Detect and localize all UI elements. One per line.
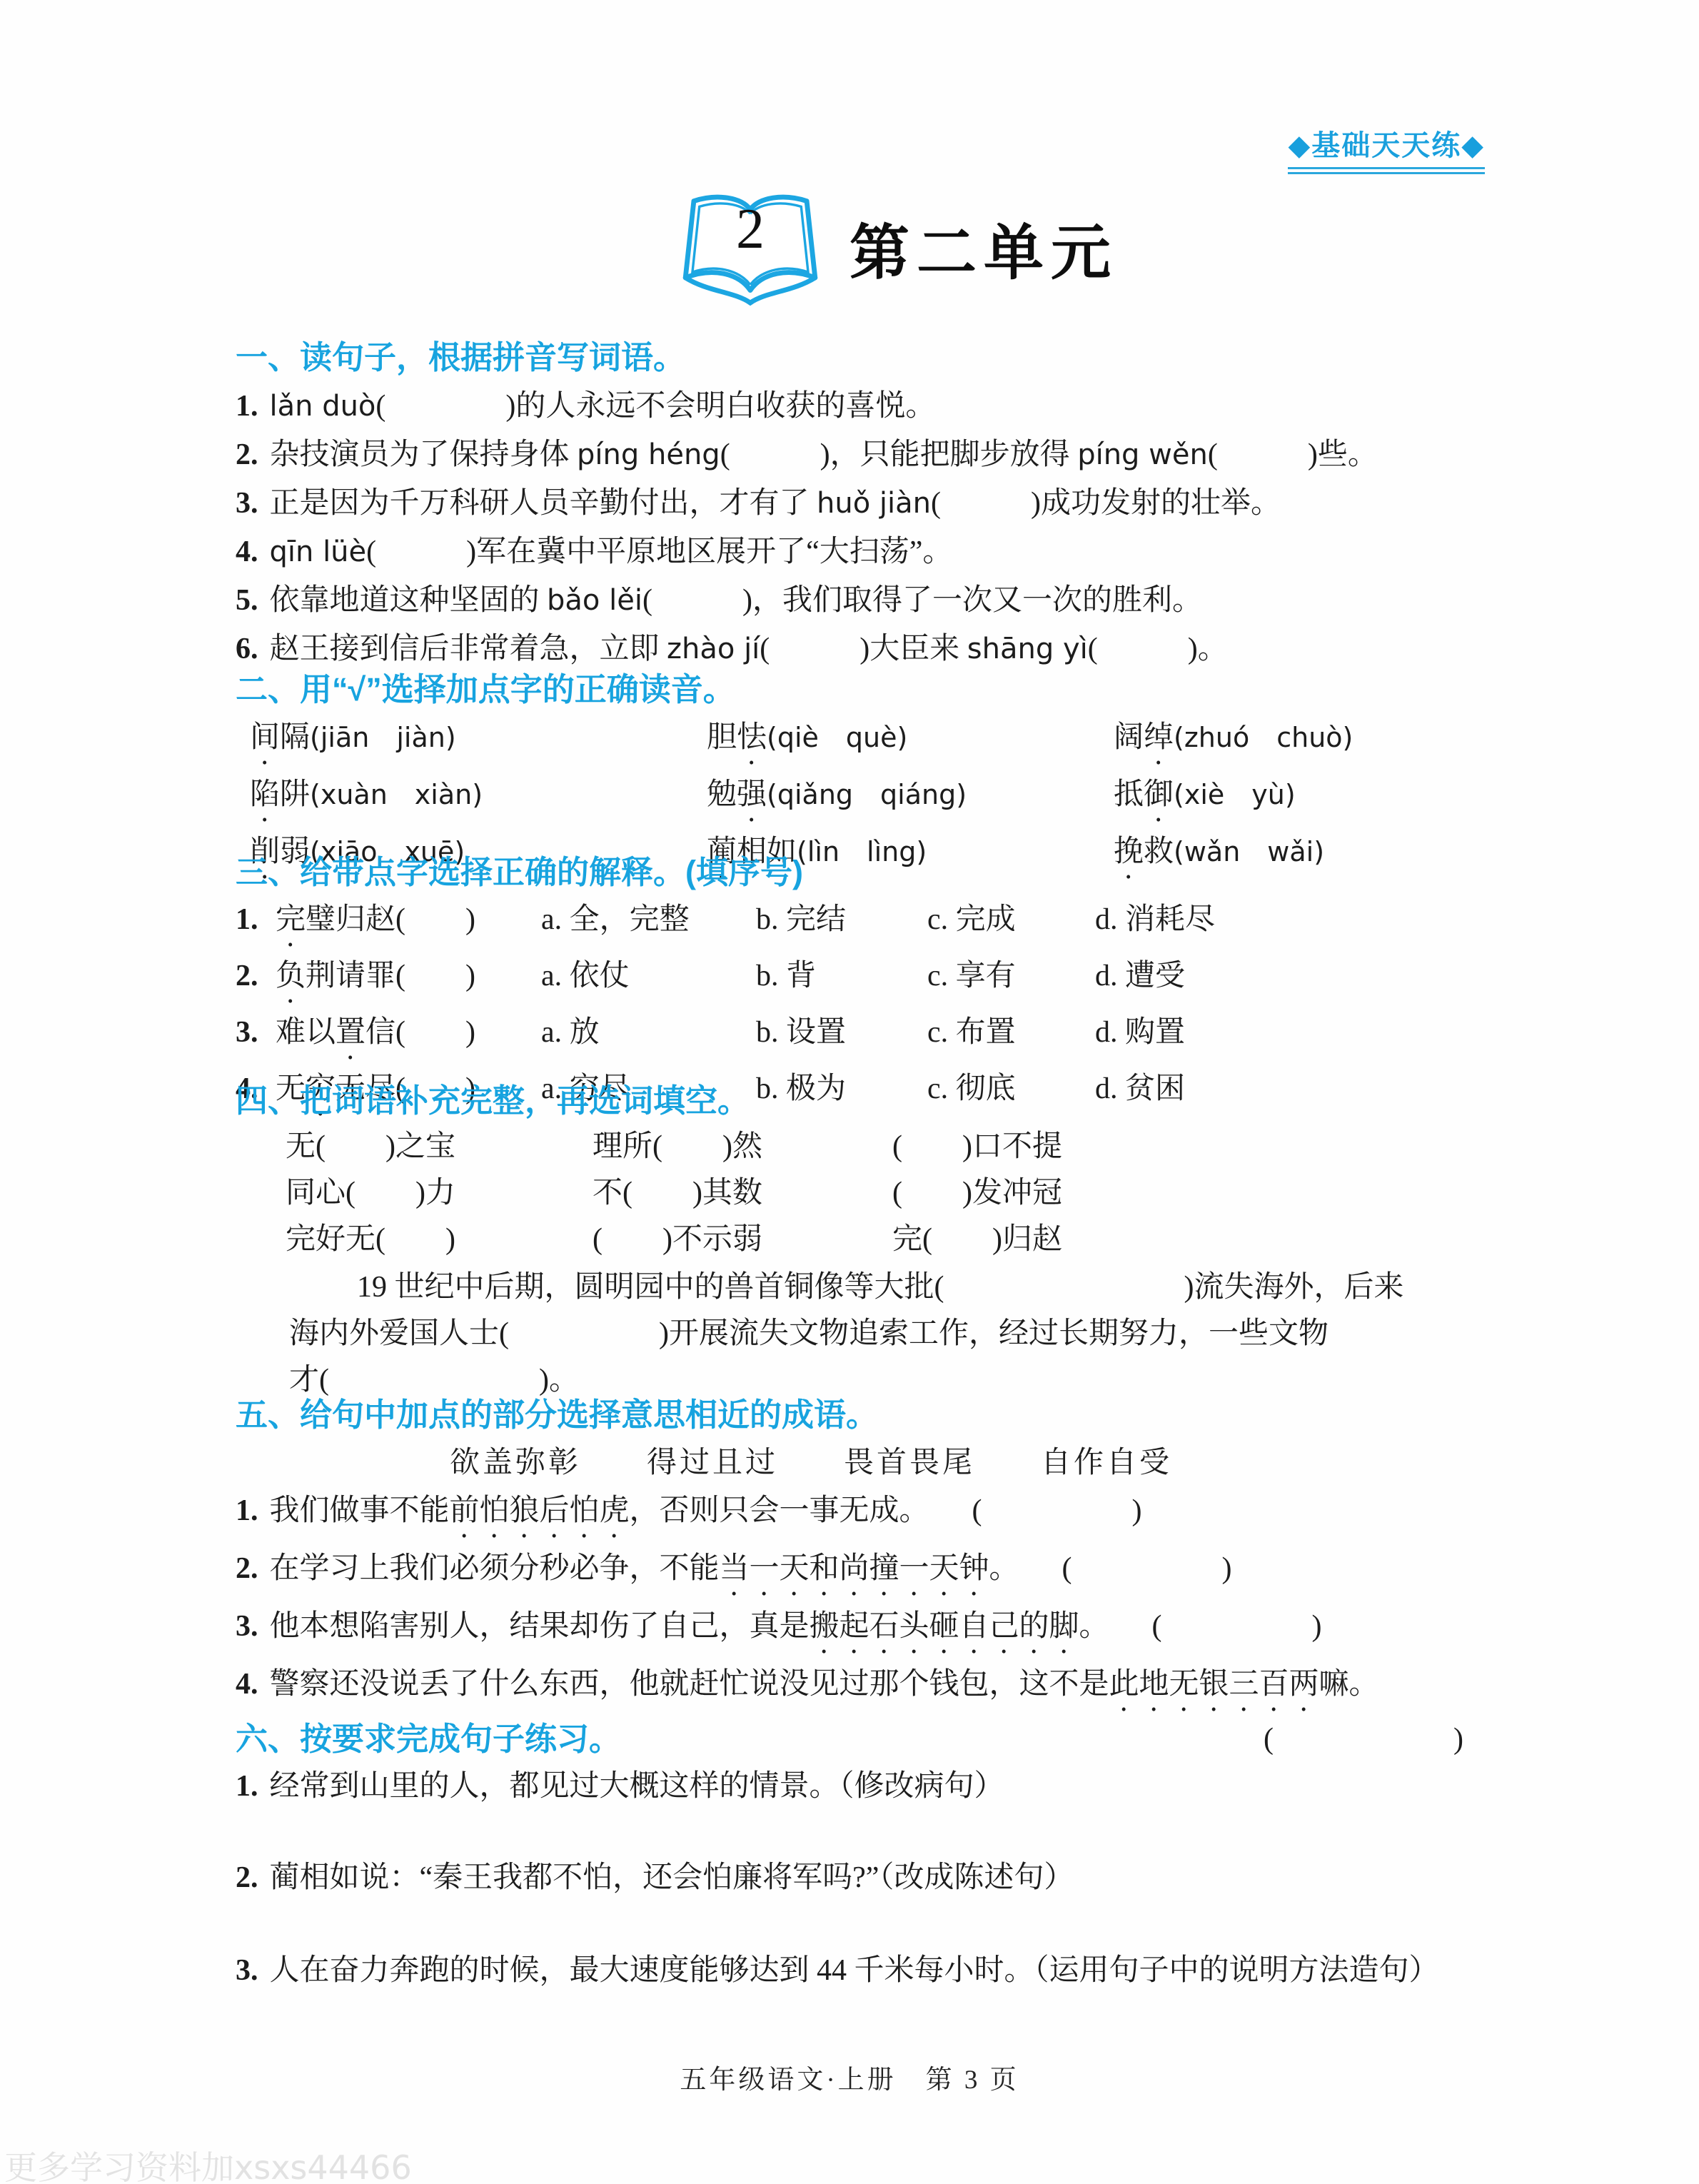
idiom-with-blank: 难以置信( ) — [276, 1010, 541, 1066]
s1-item-2: 2.杂技演员为了保持身体 píng héng( )，只能把脚步放得 píng w… — [236, 431, 1506, 479]
s4-row-3: 完好无( ) ( )不示弱 完( )归赵 — [286, 1217, 1506, 1263]
s1-item-3: 3.正是因为千万科研人员辛勤付出，才有了 huǒ jiàn( )成功发射的壮举。 — [236, 479, 1506, 528]
section-6-heading: 六、按要求完成句子练习。 — [236, 1721, 1506, 1758]
option-c: c. 完成 — [927, 897, 1095, 953]
section-1-heading: 一、读句子，根据拼音写词语。 — [236, 339, 1506, 376]
s5-item-4: 4.警察还没说丢了什么东西，他就赶忙说没见过那个钱包，这不是此地无银三百两嘛。 — [236, 1660, 1506, 1718]
dotted-char: 绰 — [1144, 721, 1174, 754]
item-number: 5. — [236, 584, 258, 617]
s5-item-2: 2.在学习上我们必须分秒必争，不能当一天和尚撞一天钟。( ) — [236, 1544, 1506, 1602]
answer-blank: ( ) — [642, 584, 752, 617]
text-run: 我们做事不能 — [270, 1494, 450, 1527]
option-a: a. 全，完整 — [541, 897, 756, 953]
pinyin-options: (qiè què) — [767, 722, 907, 753]
paragraph-line: 19 世纪中后期，圆明园中的兽首铜像等大批( )流失海外，后来 — [289, 1264, 1506, 1311]
phrase-blank: 完好无( ) — [286, 1217, 593, 1263]
answer-blank: ( ) — [1062, 1552, 1232, 1585]
dotted-char: 御 — [1144, 778, 1174, 811]
s6-item-3: 3.人在奋力奔跑的时候，最大速度能够达到 44 千米每小时。（运用句子中的说明方… — [236, 1949, 1506, 1992]
badge-underline — [1288, 167, 1485, 169]
text-run: 赵王接到信后非常着急，立即 — [270, 633, 667, 665]
text-run: 在学习上我们必须分秒必争，不能 — [270, 1552, 720, 1585]
text-run: 的人永远不会明白收获的喜悦。 — [515, 390, 935, 423]
option-d: d. 购置 — [1095, 1010, 1185, 1066]
s5-item-1: 1.我们做事不能前怕狼后怕虎，否则只会一事无成。( ) — [236, 1486, 1506, 1544]
item-number: 4. — [236, 1668, 258, 1701]
text-run: 正是因为千万科研人员辛勤付出，才有了 — [270, 487, 817, 520]
sentence-text: 蔺相如说：“秦王我都不怕，还会怕廉将军吗?”（改成陈述句） — [270, 1861, 1074, 1894]
s2-row-2: 陷阱(xuàn xiàn) 勉强(qiǎng qiáng) 抵御(xiè yù) — [250, 771, 1506, 828]
item-number: 3. — [236, 1954, 258, 1987]
section-6: 六、按要求完成句子练习。 1.经常到山里的人，都见过大概这样的情景。（修改病句）… — [236, 1721, 1506, 1992]
section-2-heading: 二、用“√”选择加点字的正确读音。 — [236, 671, 1506, 708]
badge-label: ◆基础天天练◆ — [1288, 123, 1485, 163]
item-number: 3. — [236, 1010, 276, 1066]
text-run: 大臣来 — [869, 633, 967, 665]
phrase-blank: ( )发冲冠 — [892, 1170, 1062, 1217]
idiom-bank: 欲盖弥彰 得过且过 畏首畏尾 自作自受 — [450, 1439, 1506, 1486]
item-number: 1. — [236, 1770, 258, 1803]
answer-blank: ( ) — [972, 1494, 1142, 1527]
section-5: 五、给句中加点的部分选择意思相近的成语。 欲盖弥彰 得过且过 畏首畏尾 自作自受… — [236, 1397, 1506, 1761]
phrase-blank: 同心( )力 — [286, 1170, 593, 1217]
section-1-items: 1.lǎn duò( )的人永远不会明白收获的喜悦。 2.杂技演员为了保持身体 … — [236, 382, 1506, 673]
section-1: 一、读句子，根据拼音写词语。 1.lǎn duò( )的人永远不会明白收获的喜悦… — [236, 339, 1506, 673]
pinyin-run: bǎo lěi — [547, 584, 642, 617]
pinyin-options: (xiè yù) — [1174, 779, 1296, 810]
answer-blank: ( ) — [375, 390, 515, 423]
word-post: 信 — [365, 1016, 395, 1049]
item-number: 2. — [236, 1552, 258, 1585]
page-title: 第二单元 — [849, 205, 1118, 291]
s3-row-1: 1. 完璧归赵( ) a. 全，完整 b. 完结 c. 完成 d. 消耗尽 — [236, 897, 1506, 953]
dotted-char: 置 — [336, 1016, 365, 1049]
text-run: ，否则只会一事无成。 — [630, 1494, 929, 1527]
word-post: 隔 — [280, 721, 310, 754]
s2-word: 抵御(xiè yù) — [1114, 771, 1296, 828]
option-b: b. 完结 — [756, 897, 927, 953]
word-pre: 抵 — [1114, 778, 1144, 811]
pinyin-options: (zhuó chuò) — [1174, 722, 1353, 753]
pinyin-run: huǒ jiàn — [817, 487, 931, 520]
pinyin-run: qīn lüè — [270, 535, 367, 568]
text-run: 成功发射的壮举。 — [1041, 487, 1281, 520]
answer-blank: ( ) — [1088, 633, 1198, 665]
sentence-text: 人在奋力奔跑的时候，最大速度能够达到 44 千米每小时。（运用句子中的说明方法造… — [270, 1954, 1439, 1987]
s2-word: 间隔(jiān jiàn) — [250, 714, 707, 771]
answer-blank: ( ) — [1152, 1610, 1322, 1643]
phrase-blank: ( )口不提 — [892, 1124, 1062, 1170]
section-4-grid: 无( )之宝 理所( )然 ( )口不提 同心( )力 不( )其数 ( )发冲… — [236, 1124, 1506, 1263]
text-run: ，只能把脚步放得 — [830, 438, 1078, 471]
pinyin-run: píng wěn — [1077, 438, 1208, 471]
word-post: 璧归赵 — [306, 903, 395, 936]
text-run: 些。 — [1318, 438, 1378, 471]
item-number: 1. — [236, 1494, 258, 1527]
s5-item-3: 3.他本想陷害别人，结果却伤了自己，真是搬起石头砸自己的脚。( ) — [236, 1602, 1506, 1660]
word-pre: 难以 — [276, 1016, 336, 1049]
item-number: 4. — [236, 535, 258, 568]
s1-item-1: 1.lǎn duò( )的人永远不会明白收获的喜悦。 — [236, 382, 1506, 431]
item-number: 6. — [236, 633, 258, 665]
phrase-blank: 不( )其数 — [593, 1170, 892, 1217]
s2-word: 陷阱(xuàn xiàn) — [250, 771, 707, 828]
word-post: 阱 — [280, 778, 310, 811]
text-run: 嘛。 — [1319, 1668, 1379, 1701]
word-pre: 阔 — [1114, 721, 1144, 754]
text-run: 。 — [1198, 633, 1228, 665]
item-number: 1. — [236, 897, 276, 953]
text-run: ，我们取得了一次又一次的胜利。 — [752, 584, 1202, 617]
section-5-heading: 五、给句中加点的部分选择意思相近的成语。 — [236, 1397, 1506, 1434]
s2-word: 胆怯(qiè què) — [707, 714, 1114, 771]
section-2: 二、用“√”选择加点字的正确读音。 间隔(jiān jiàn) 胆怯(qiè q… — [236, 671, 1506, 885]
s1-item-6: 6.赵王接到信后非常着急，立即 zhào jí( )大臣来 shāng yì( … — [236, 625, 1506, 673]
dotted-char: 陷 — [250, 778, 280, 811]
option-b: b. 背 — [756, 953, 927, 1010]
item-number: 3. — [236, 1610, 258, 1643]
section-4: 四、把词语补充完整，再选词填空。 无( )之宝 理所( )然 ( )口不提 同心… — [236, 1082, 1506, 1404]
option-a: a. 依仗 — [541, 953, 756, 1010]
dotted-text: 当一天和尚撞一天钟 — [720, 1552, 989, 1585]
phrase-blank: 理所( )然 — [593, 1124, 892, 1170]
answer-blank: ( ) — [395, 903, 475, 936]
pinyin-run: píng héng — [577, 438, 720, 471]
watermark-text: 更多学习资料加xsxs44466 — [4, 2142, 412, 2184]
section-4-heading: 四、把词语补充完整，再选词填空。 — [236, 1082, 1506, 1119]
text-run: 他本想陷害别人，结果却伤了自己，真是 — [270, 1610, 810, 1643]
answer-blank: ( ) — [1208, 438, 1318, 471]
s2-word: 阔绰(zhuó chuò) — [1114, 714, 1353, 771]
s2-word: 勉强(qiǎng qiáng) — [707, 771, 1114, 828]
item-number: 2. — [236, 438, 258, 471]
text-run: 警察还没说丢了什么东西，他就赶忙说没见过那个钱包，这不是 — [270, 1668, 1109, 1701]
fill-in-paragraph: 19 世纪中后期，圆明园中的兽首铜像等大批( )流失海外，后来 海内外爱国人士(… — [289, 1264, 1506, 1404]
answer-blank: ( ) — [366, 535, 476, 568]
badge-underline — [1288, 172, 1485, 174]
s6-item-1: 1.经常到山里的人，都见过大概这样的情景。（修改病句） — [236, 1765, 1506, 1808]
pinyin-options: (jiān jiàn) — [310, 722, 456, 753]
dotted-char: 完 — [276, 903, 306, 936]
s6-item-2: 2.蔺相如说：“秦王我都不怕，还会怕廉将军吗?”（改成陈述句） — [236, 1856, 1506, 1899]
text-run: 。 — [1079, 1610, 1109, 1643]
pinyin-run: zhào jí — [667, 633, 760, 665]
s3-row-2: 2. 负荆请罪( ) a. 依仗 b. 背 c. 享有 d. 遭受 — [236, 953, 1506, 1010]
item-number: 3. — [236, 487, 258, 520]
answer-blank: ( ) — [760, 633, 869, 665]
option-a: a. 放 — [541, 1010, 756, 1066]
idiom-with-blank: 负荆请罪( ) — [276, 953, 541, 1010]
pinyin-options: (qiǎng qiáng) — [767, 779, 967, 810]
phrase-blank: 完( )归赵 — [892, 1217, 1062, 1263]
pinyin-options: (xuàn xiàn) — [310, 779, 483, 810]
item-number: 2. — [236, 953, 276, 1010]
option-d: d. 消耗尽 — [1095, 897, 1215, 953]
dotted-text: 前怕狼后怕虎 — [450, 1494, 630, 1527]
s1-item-5: 5.依靠地道这种坚固的 bǎo lěi( )，我们取得了一次又一次的胜利。 — [236, 576, 1506, 625]
unit-number: 2 — [677, 197, 824, 262]
unit-title-block: 2 第二单元 — [677, 187, 1118, 308]
item-number: 1. — [236, 390, 258, 423]
page-footer: 五年级语文·上册 第 3 页 — [0, 2058, 1699, 2096]
section-3-heading: 三、给带点字选择正确的解释。(填序号) — [236, 854, 1506, 891]
section-5-items: 1.我们做事不能前怕狼后怕虎，否则只会一事无成。( ) 2.在学习上我们必须分秒… — [236, 1486, 1506, 1761]
item-number: 2. — [236, 1861, 258, 1894]
answer-blank: ( ) — [720, 438, 830, 471]
word-pre: 胆 — [707, 721, 737, 754]
sentence-text: 经常到山里的人，都见过大概这样的情景。（修改病句） — [270, 1770, 1004, 1803]
text-run: 。 — [989, 1552, 1019, 1585]
dotted-text: 搬起石头砸自己的脚 — [810, 1610, 1079, 1643]
answer-blank: ( ) — [931, 487, 1041, 520]
idiom-with-blank: 完璧归赵( ) — [276, 897, 541, 953]
header-badge: ◆基础天天练◆ — [1288, 123, 1485, 174]
open-book-icon: 2 — [677, 188, 824, 307]
phrase-blank: 无( )之宝 — [286, 1124, 593, 1170]
dotted-char: 强 — [737, 778, 767, 811]
option-d: d. 遭受 — [1095, 953, 1185, 1010]
text-run: 军在冀中平原地区展开了“大扫荡”。 — [476, 535, 952, 568]
s2-row-1: 间隔(jiān jiàn) 胆怯(qiè què) 阔绰(zhuó chuò) — [250, 714, 1506, 771]
answer-blank: ( ) — [395, 1016, 475, 1049]
dotted-char: 负 — [276, 960, 306, 992]
worksheet-page: ◆基础天天练◆ 2 第二单元 一、读句子，根据拼音写词语。 1.lǎn duò(… — [0, 0, 1699, 2184]
option-c: c. 布置 — [927, 1010, 1095, 1066]
s4-row-2: 同心( )力 不( )其数 ( )发冲冠 — [286, 1170, 1506, 1217]
word-pre: 勉 — [707, 778, 737, 811]
text-run: 依靠地道这种坚固的 — [270, 584, 548, 617]
pinyin-run: lǎn duò — [270, 390, 376, 423]
option-c: c. 享有 — [927, 953, 1095, 1010]
pinyin-run: shāng yì — [967, 633, 1088, 665]
text-run: 杂技演员为了保持身体 — [270, 438, 578, 471]
option-b: b. 设置 — [756, 1010, 927, 1066]
s3-row-3: 3. 难以置信( ) a. 放 b. 设置 c. 布置 d. 购置 — [236, 1010, 1506, 1066]
paragraph-line: 海内外爱国人士( )开展流失文物追索工作，经过长期努力，一些文物 — [289, 1311, 1506, 1357]
s1-item-4: 4.qīn lüè( )军在冀中平原地区展开了“大扫荡”。 — [236, 528, 1506, 576]
s4-row-1: 无( )之宝 理所( )然 ( )口不提 — [286, 1124, 1506, 1170]
dotted-char: 怯 — [737, 721, 767, 754]
phrase-blank: ( )不示弱 — [593, 1217, 892, 1263]
word-post: 荆请罪 — [306, 960, 395, 992]
dotted-text: 此地无银三百两 — [1109, 1668, 1319, 1701]
answer-blank: ( ) — [395, 960, 475, 992]
dotted-char: 间 — [250, 721, 280, 754]
